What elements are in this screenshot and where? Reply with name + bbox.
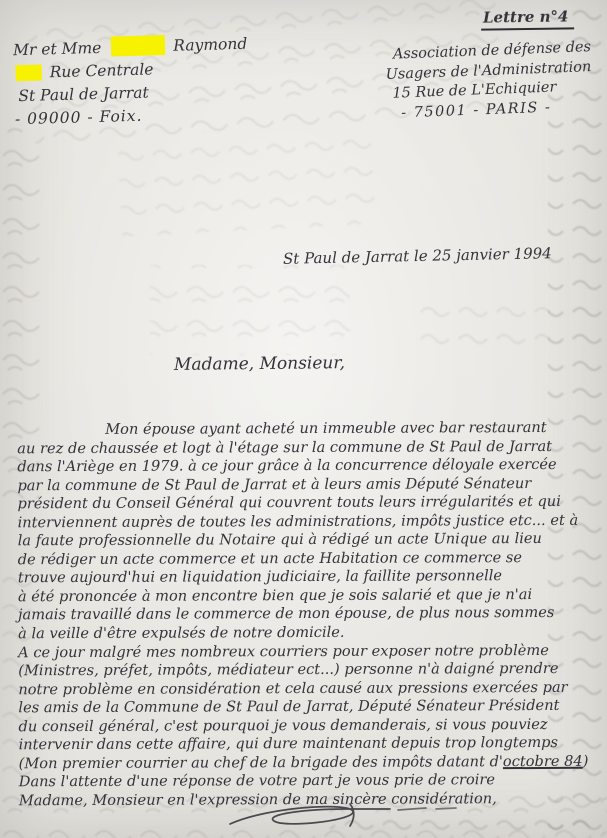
body-line: la faute professionnelle du Notaire qui … — [18, 530, 596, 551]
dateline: St Paul de Jarrat le 25 janvier 1994 — [283, 244, 552, 268]
body-line: au rez de chaussée et logt à l'étage sur… — [17, 437, 595, 458]
scanned-letter-page: Lettre n°4 Mr et MmeRaymond Rue Centrale… — [0, 0, 607, 838]
body-line: (Mon premier courrier au chef de la brig… — [19, 753, 597, 774]
letter-body: Mon épouse ayant acheté un immeuble avec… — [17, 419, 597, 811]
sender-address: Mr et MmeRaymond Rue Centrale St Paul de… — [13, 33, 250, 132]
redaction-highlight-number — [15, 64, 41, 81]
sender-street: Rue Centrale — [49, 60, 153, 81]
underlined-date: octobre 84 — [503, 753, 583, 770]
body-line: A ce jour malgré mes nombreux courriers … — [18, 641, 596, 662]
body-line: à été prononcée à mon encontre bien que … — [18, 586, 596, 607]
body-line: notre problème en considération et cela … — [18, 678, 596, 699]
redaction-highlight-name — [111, 35, 166, 56]
salutation: Madame, Monsieur, — [174, 353, 345, 375]
body-line: par la commune de St Paul de Jarrat et à… — [17, 474, 595, 495]
body-line: trouve aujourd'hui en liquidation judici… — [18, 567, 596, 588]
sender-surname: Raymond — [173, 35, 247, 55]
letter-number-label: Lettre n°4 — [481, 7, 575, 30]
body-line: président du Conseil Général qui couvren… — [17, 493, 595, 514]
body-line: de rédiger un acte commerce et un acte H… — [18, 549, 596, 570]
body-line: Dans l'attente d'une réponse de votre pa… — [19, 771, 597, 792]
body-line: à la veille d'être expulsés de notre dom… — [18, 623, 596, 644]
body-line: dans l'Ariège en 1979. à ce jour grâce à… — [17, 456, 595, 477]
body-line: (Ministres, préfet, impôts, médiateur ec… — [18, 660, 596, 681]
body-line: intervenir dans cette affaire, qui dure … — [19, 734, 597, 755]
body-line: Mon épouse ayant acheté un immeuble avec… — [17, 419, 595, 440]
recipient-address: Association de défense des Usagers de l'… — [385, 38, 594, 124]
body-line: interviennent auprès de toutes les admin… — [18, 511, 596, 532]
signature-scribble — [212, 796, 472, 838]
body-line: du conseil général, c'est pourquoi je vo… — [18, 715, 596, 736]
body-line: jamais travaillé dans le commerce de mon… — [18, 604, 596, 625]
sender-prefix: Mr et Mme — [13, 39, 102, 59]
body-line: les amis de la Commune de St Paul de Jar… — [18, 697, 596, 718]
